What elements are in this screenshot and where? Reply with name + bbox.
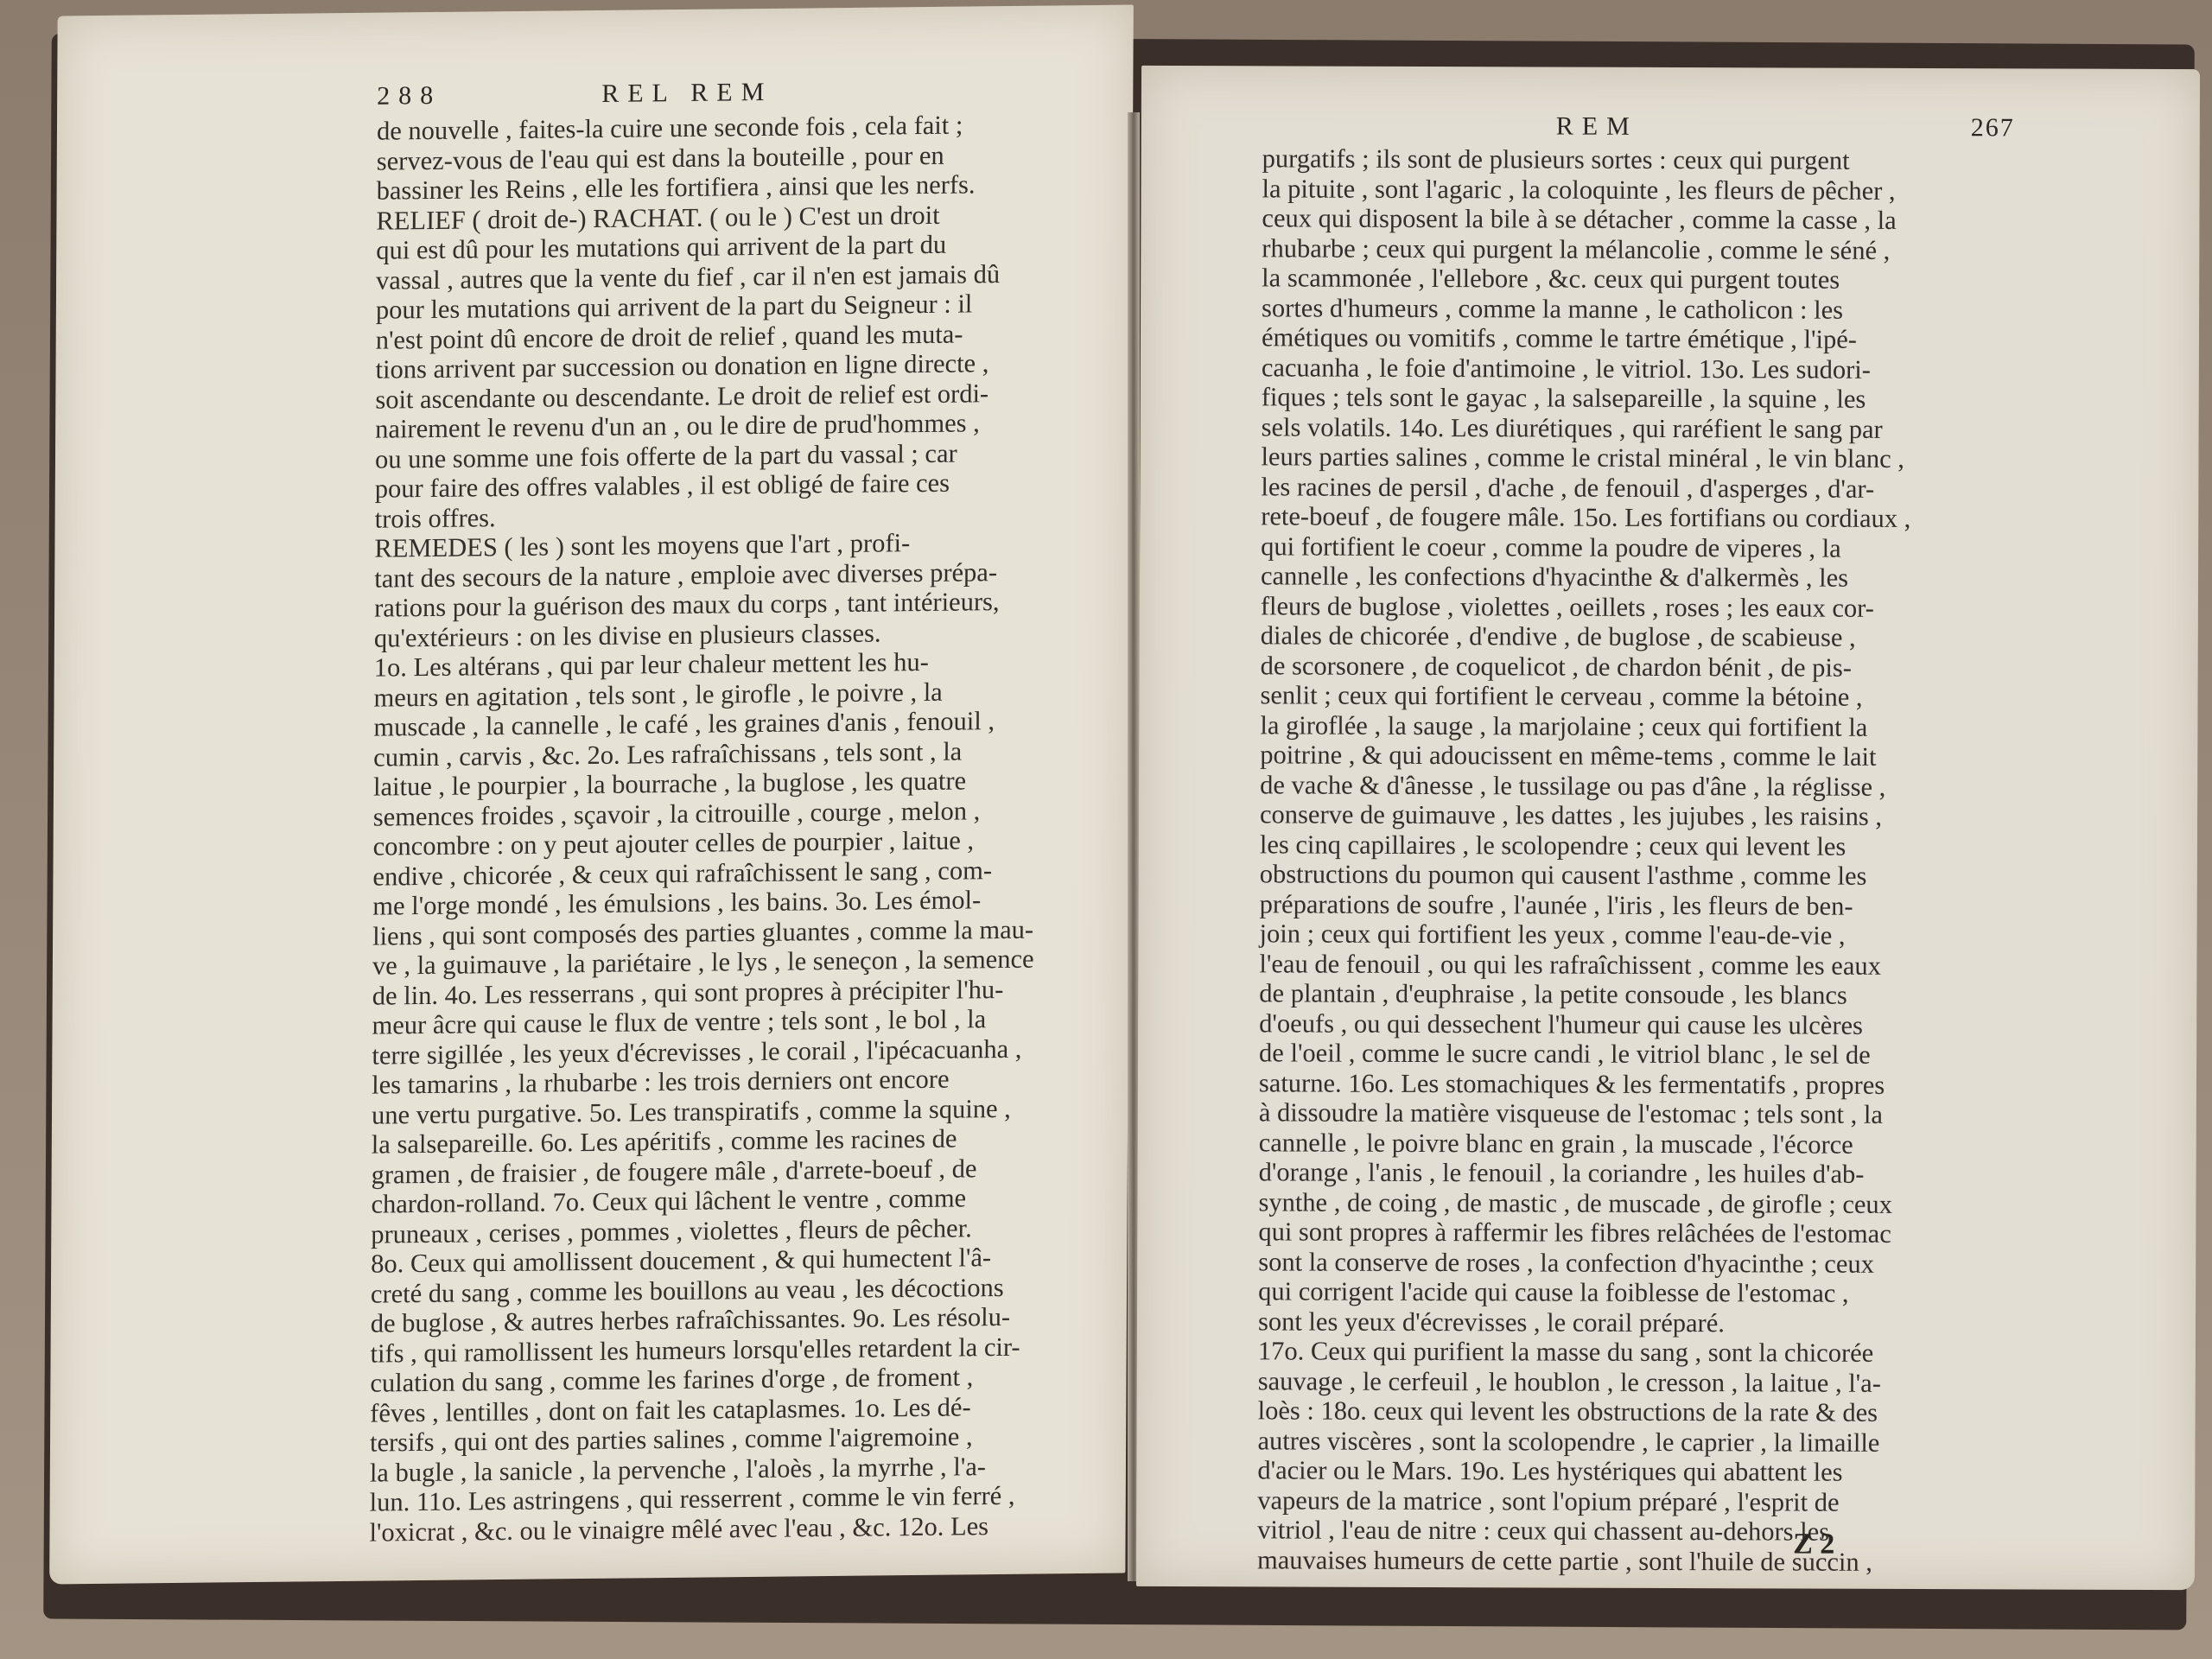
text-line: la giroflée , la sauge , la marjolaine ;… — [1260, 710, 2003, 743]
text-line: sont les yeux d'écrevisses , le corail p… — [1258, 1306, 2001, 1339]
text-line: diales de chicorée , d'endive , de buglo… — [1261, 620, 2004, 653]
page-number: 288 — [377, 81, 442, 111]
text-line: 17o. Ceux qui purifient la masse du sang… — [1258, 1336, 2001, 1369]
text-line: sont la conserve de roses , la confectio… — [1258, 1247, 2001, 1280]
text-line: obstructions du poumon qui causent l'ast… — [1260, 859, 2003, 892]
text-line: rhubarbe ; ceux qui purgent la mélancoli… — [1262, 233, 2005, 266]
page-number: 267 — [1971, 113, 2015, 143]
text-line: la scammonée , l'ellebore , &c. ceux qui… — [1262, 263, 2005, 296]
text-line: fleurs de buglose , violettes , oeillets… — [1261, 591, 2004, 624]
text-line: l'eau de fenouil , ou qui les rafraîchis… — [1259, 949, 2002, 982]
text-line: poitrine , & qui adoucissent en même-tem… — [1260, 740, 2003, 772]
text-line: de plantain , d'euphraise , la petite co… — [1259, 978, 2002, 1011]
text-line: senlit ; ceux qui fortifient le cerveau … — [1260, 680, 2003, 713]
signature-mark: Z 2 — [1793, 1529, 1834, 1561]
text-line: qui sont propres à raffermir les fibres … — [1258, 1217, 2001, 1249]
running-head: REM — [1556, 112, 1638, 142]
text-line: rete-boeuf , de fougere mâle. 15o. Les f… — [1261, 501, 2004, 534]
text-line: émétiques ou vomitifs , comme le tartre … — [1262, 322, 2005, 355]
text-line: d'oeufs , ou qui dessechent l'humeur qui… — [1259, 1008, 2002, 1041]
text-line: cannelle , le poivre blanc en grain , la… — [1259, 1128, 2002, 1160]
page-body: de nouvelle , faites-la cuire une second… — [369, 109, 1085, 1547]
text-line: vapeurs de la matrice , sont l'opium pré… — [1257, 1485, 2000, 1518]
text-line: vitriol , l'eau de nitre : ceux qui chas… — [1257, 1515, 2000, 1548]
text-line: de l'oeil , comme le sucre candi , le vi… — [1259, 1038, 2002, 1071]
text-line: qui fortifient le coeur , comme la poudr… — [1261, 531, 2004, 564]
text-line: sortes d'humeurs , comme la manne , le c… — [1262, 293, 2005, 326]
right-page: REM 267 purgatifs ; ils sont de plusieur… — [1136, 66, 2200, 1590]
text-line: qui corrigent l'acide qui cause la foibl… — [1258, 1276, 2001, 1309]
running-head: REL REM — [601, 78, 772, 109]
text-line: purgatifs ; ils sont de plusieurs sortes… — [1262, 143, 2005, 176]
text-line: les racines de persil , d'ache , de feno… — [1261, 472, 2004, 505]
text-line: join ; ceux qui fortifient les yeux , co… — [1260, 918, 2003, 951]
text-line: autres viscères , sont la scolopendre , … — [1257, 1426, 2000, 1459]
text-line: cacuanha , le foie d'antimoine , le vitr… — [1262, 353, 2005, 385]
text-line: sels volatils. 14o. Les diurétiques , qu… — [1262, 412, 2005, 445]
text-line: mauvaises humeurs de cette partie , sont… — [1257, 1545, 2000, 1578]
page-body: purgatifs ; ils sont de plusieurs sortes… — [1257, 143, 2005, 1577]
text-line: sauvage , le cerfeuil , le houblon , le … — [1258, 1366, 2001, 1399]
text-line: les cinq capillaires , le scolopendre ; … — [1260, 829, 2003, 862]
text-line: cannelle , les confections d'hyacinthe &… — [1261, 561, 2004, 594]
text-line: à dissoudre la matière visqueuse de l'es… — [1259, 1097, 2002, 1130]
text-line: ceux qui disposent la bile à se détacher… — [1262, 203, 2005, 236]
text-line: conserve de guimauve , les dattes , les … — [1260, 799, 2003, 832]
text-line: synthe , de coing , de mastic , de musca… — [1258, 1187, 2001, 1220]
text-line: d'acier ou le Mars. 19o. Les hystériques… — [1257, 1455, 2000, 1488]
text-line: de vache & d'ânesse , le tussilage ou pa… — [1260, 770, 2003, 803]
text-line: de scorsonere , de coquelicot , de chard… — [1261, 651, 2004, 683]
text-line: loès : 18o. ceux qui levent les obstruct… — [1258, 1395, 2001, 1428]
text-line: préparations de soufre , l'aunée , l'iri… — [1260, 889, 2003, 922]
text-line: saturne. 16o. Les stomachiques & les fer… — [1259, 1068, 2002, 1101]
left-page: 288 REL REM de nouvelle , faites-la cuir… — [49, 5, 1134, 1585]
text-line: leurs parties salines , comme le cristal… — [1261, 442, 2004, 474]
text-line: la pituite , sont l'agaric , la coloquin… — [1262, 174, 2005, 207]
text-line: fiques ; tels sont le gayac , la salsepa… — [1262, 382, 2005, 415]
text-line: d'orange , l'anis , le fenouil , la cori… — [1259, 1157, 2002, 1190]
